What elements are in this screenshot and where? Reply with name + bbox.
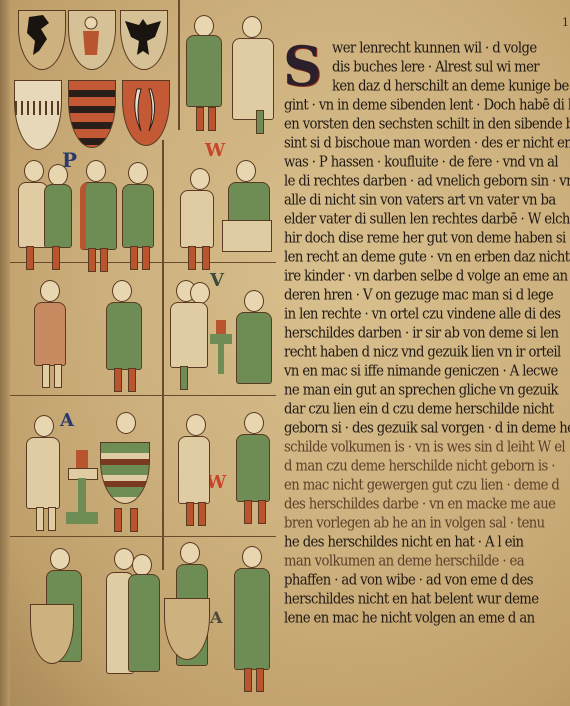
text-line: dis buches lere · Alrest sul wi mer <box>332 59 539 76</box>
lion-icon <box>19 11 63 63</box>
frame-rule <box>162 140 164 570</box>
text-line: bren vorlegen ab he an in volgen sal · t… <box>284 515 545 532</box>
text-line: man volkumen an deme herschilde · ea <box>284 553 524 570</box>
manuscript-page: 1 <box>0 0 570 706</box>
text-line: recht haben d nicz vnd gezuik lien vn ir… <box>284 344 561 361</box>
text-line: wer lenrecht kunnen wil · d volge <box>332 40 537 57</box>
text-line: in len rechte · vn ortel czu vindene all… <box>284 306 560 323</box>
page-edge <box>0 0 10 706</box>
text-line: vn en mac si iffe nimande geniczen · A l… <box>284 363 558 380</box>
text-line: ire kinder · vn darben selbe d volge an … <box>284 268 568 285</box>
text-line: phaffen · ad von wibe · ad von eme d des <box>284 572 533 589</box>
illustration-column: P W V A W A <box>10 0 276 706</box>
text-line: elder vater di sullen len rechtes darbē … <box>284 211 570 228</box>
eagle-icon <box>121 11 165 63</box>
text-line: en mac nicht gewergen gut czu lien · dem… <box>284 477 559 494</box>
decorated-initial-s: S <box>283 40 329 92</box>
folio-mark: 1 <box>562 16 569 29</box>
fish-icon <box>123 81 167 141</box>
checky-band <box>15 101 61 115</box>
text-line: lene en mac he nicht volgen an eme d an <box>284 610 535 627</box>
text-line: herschildes darben · ir sir ab von deme … <box>284 325 558 342</box>
text-line: deren hren · V on gezuge mac man si d le… <box>284 287 553 304</box>
text-line: schilde volkumen is · vn is wes sin d le… <box>284 439 565 456</box>
text-line: le di rechtes darben · ad vnelich geborn… <box>284 173 570 190</box>
text-line: sint si d bischoue man worden · des er n… <box>284 135 570 152</box>
shield-black-eagle <box>120 10 168 70</box>
crowned-figure-icon <box>69 11 113 63</box>
frame-rule <box>10 536 276 537</box>
text-line: ne man ein gut an sprechen gliche vn gez… <box>284 382 558 399</box>
text-line: ken daz d herschilt an deme kunige be <box>332 78 569 95</box>
text-line: len recht an deme gute · vn en erben daz… <box>284 249 570 266</box>
rubric-letter-a2: A <box>210 608 222 627</box>
text-line: herschildes nicht en hat belent wur deme <box>284 591 538 608</box>
frame-rule <box>10 395 276 396</box>
shield-red-black-bars <box>68 80 116 148</box>
text-line: hir doch dise reme her gut von deme habe… <box>284 230 566 247</box>
text-line: geborn si · des gezuik sal vorgen · d in… <box>284 420 570 437</box>
rubric-letter-w: W <box>205 140 225 161</box>
text-line: d man czu deme herschilde nicht geborn i… <box>284 458 555 475</box>
shield-crowned-figure <box>68 10 116 70</box>
text-line: des herschildes darbe · vn en macke me a… <box>284 496 555 513</box>
shield-black-lion <box>18 10 66 70</box>
text-line: alle di nicht sin von vaters art vn vate… <box>284 192 556 209</box>
text-line: was · P hassen · koufluite · de fere · v… <box>284 154 558 171</box>
text-line: dar czu lien ein d czu deme herschilde n… <box>284 401 553 418</box>
rubric-letter-a: A <box>60 410 74 431</box>
shield-two-fish <box>122 80 170 146</box>
text-line: en vorsten den sechsten schilt in den si… <box>284 116 570 133</box>
text-line: gint · vn in deme sibenden lent · Doch h… <box>284 97 570 114</box>
text-line: he des herschildes nicht en hat · A l ei… <box>284 534 523 551</box>
shield-bend-checky <box>14 80 62 150</box>
rubric-letter-v: V <box>210 270 224 291</box>
frame-rule <box>178 0 180 130</box>
